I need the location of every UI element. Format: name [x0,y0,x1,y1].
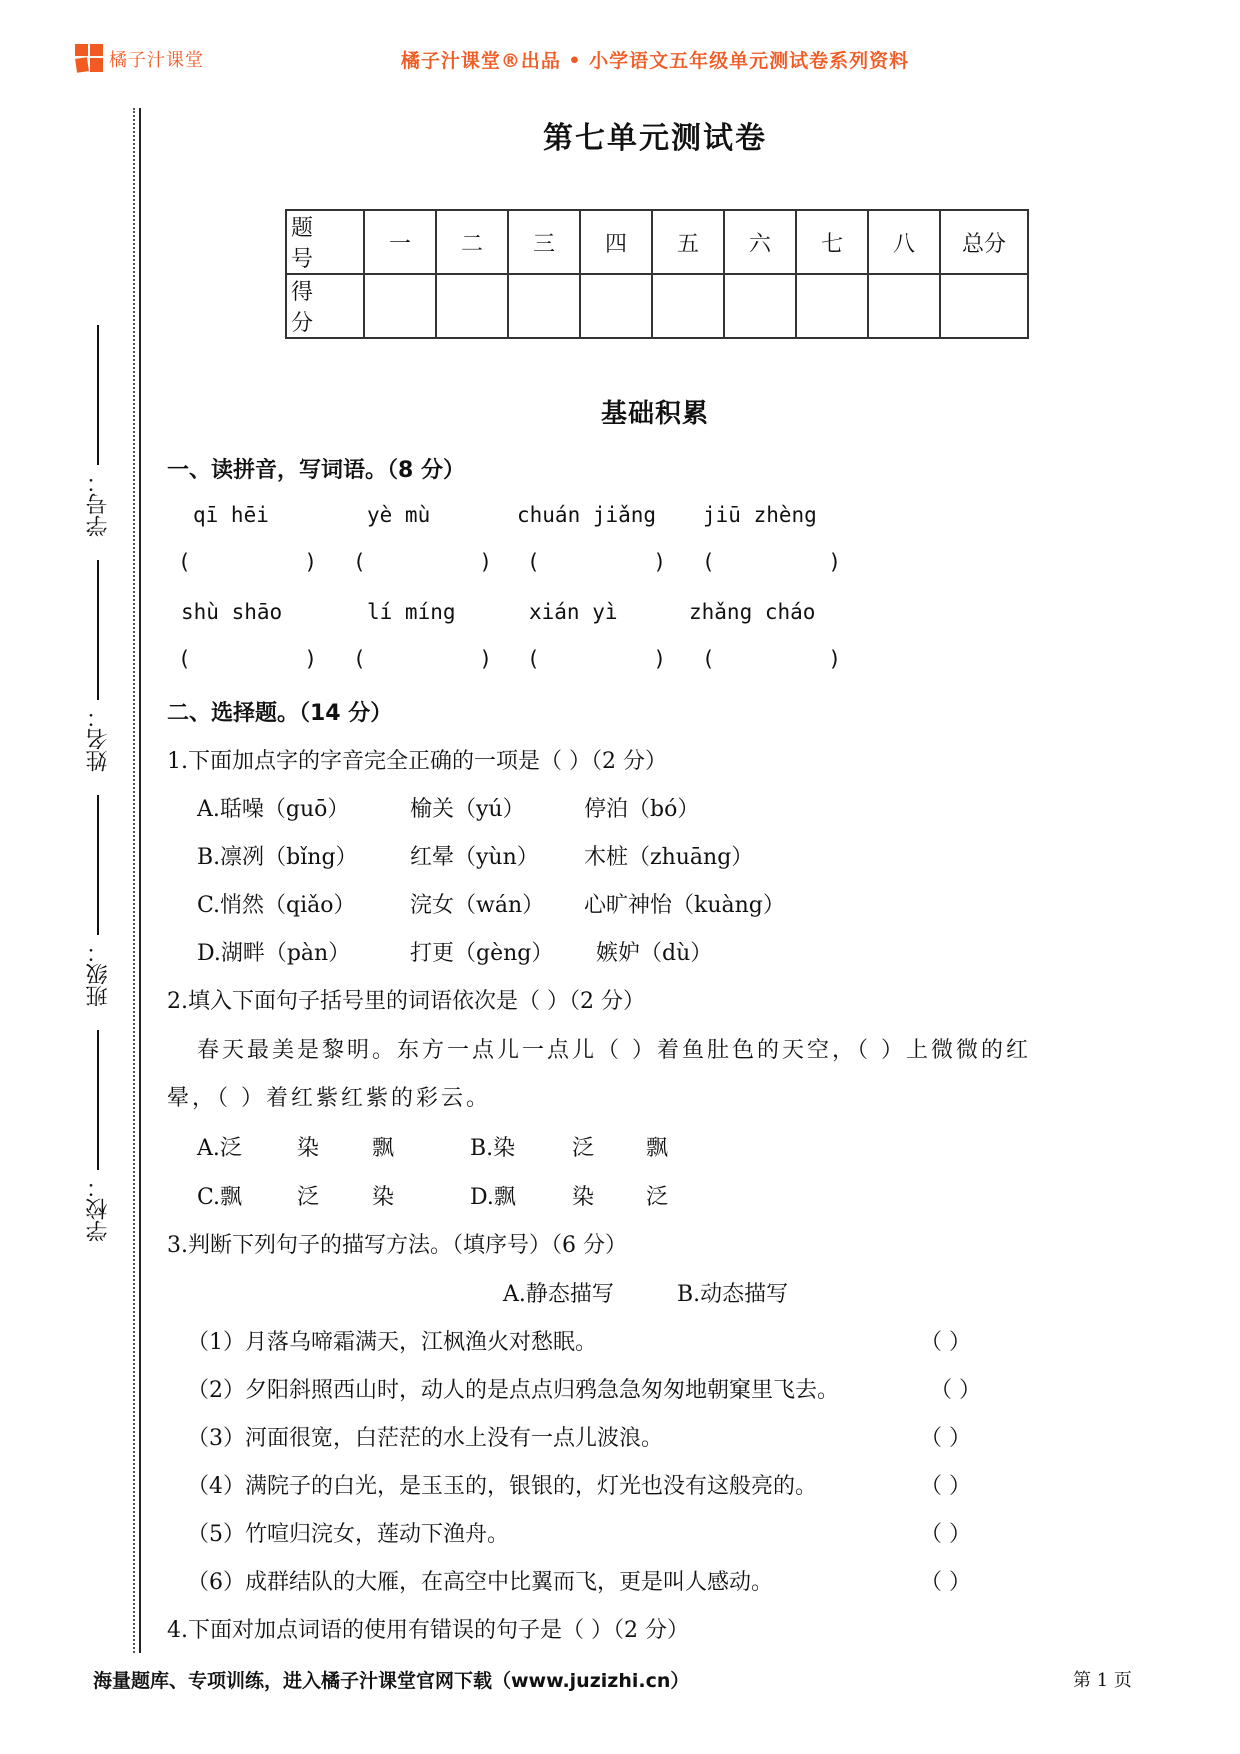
option-b-3: 木桩（zhuāng） [584,840,753,871]
score-cell[interactable] [580,274,652,338]
column-header: 七 [796,210,868,274]
student-id-label: 学号： [83,471,114,537]
option-b[interactable]: B.染 [470,1131,515,1162]
judge-item: （1）月落乌啼霜满天，江枫渔火对愁眠。 [187,1325,597,1356]
option-d-2: 打更（gèng） [410,936,553,967]
row-header: 得 分 [286,274,364,338]
student-id-field[interactable]: 学号： [78,325,118,543]
answer-blank[interactable]: （ ） [920,1469,971,1500]
page-title: 第七单元测试卷 [0,113,1240,157]
school-line[interactable] [97,1030,99,1170]
answer-blank[interactable]: （ ） [920,1421,971,1452]
answer-blank[interactable]: （ ） [920,1517,971,1548]
school-label: 学校： [83,1176,114,1242]
option-c-3: 心旷神怡（kuàng） [584,888,785,919]
page-number: 第 1 页 [1073,1666,1132,1692]
score-cell[interactable] [940,274,1028,338]
class-line[interactable] [97,795,99,935]
score-cell[interactable] [652,274,724,338]
option-b-2: 红晕（yùn） [410,840,539,871]
column-header: 五 [652,210,724,274]
option-b-1[interactable]: B.凛冽（bǐng） [197,840,358,871]
option-word: 泛 [646,1180,668,1211]
column-header: 四 [580,210,652,274]
option-d[interactable]: D.飘 [470,1180,516,1211]
answer-blank[interactable]: ( ) [702,550,841,574]
option-word: 飘 [372,1131,394,1162]
pinyin-item: yè mù [367,503,430,527]
judge-item: （4）满院子的白光，是玉玉的，银银的，灯光也没有这般亮的。 [187,1469,817,1500]
sub-question-3-stem: 3.判断下列句子的描写方法。（填序号）（6 分） [167,1228,627,1259]
passage-line-1: 春天最美是黎明。东方一点儿一点儿（ ）着鱼肚色的天空，（ ）上微微的红 [197,1033,1031,1064]
answer-blank[interactable]: ( ) [353,550,492,574]
school-field[interactable]: 学校： [78,1030,118,1248]
judge-item: （3）河面很宽，白茫茫的水上没有一点儿波浪。 [187,1421,663,1452]
question-2-heading: 二、选择题。（14 分） [167,696,392,727]
score-cell[interactable] [364,274,436,338]
sub-question-4-stem: 4.下面对加点词语的使用有错误的句子是（ ）（2 分） [167,1613,689,1644]
binding-dotted-line [133,108,135,1653]
option-a-3: 停泊（bó） [584,792,699,823]
score-row: 得 分 [286,274,1028,338]
name-field[interactable]: 姓名： [78,560,118,778]
answer-blank[interactable]: ( ) [527,550,666,574]
answer-blank[interactable]: ( ) [702,647,841,671]
sub-question-2-stem: 2.填入下面句子括号里的词语依次是（ ）（2 分） [167,984,645,1015]
option-word: 染 [572,1180,594,1211]
column-header: 二 [436,210,508,274]
passage-line-2: 晕，（ ）着红紫红紫的彩云。 [167,1081,491,1112]
pinyin-item: jiū zhèng [703,503,817,527]
question-number-row: 题 号 一 二 三 四 五 六 七 八 总分 [286,210,1028,274]
pinyin-item: qī hēi [193,503,269,527]
pinyin-item: lí míng [367,600,456,624]
option-d-3: 嫉妒（dù） [596,936,712,967]
option-a-1[interactable]: A.聒噪（guō） [197,792,349,823]
answer-blank[interactable]: ( ) [178,550,317,574]
column-header: 一 [364,210,436,274]
score-cell[interactable] [436,274,508,338]
option-a-2: 榆关（yú） [410,792,525,823]
score-cell[interactable] [796,274,868,338]
name-line[interactable] [97,560,99,700]
option-d-1[interactable]: D.湖畔（pàn） [197,936,350,967]
judge-item: （2）夕阳斜照西山时，动人的是点点归鸦急急匆匆地朝窠里飞去。 [187,1373,839,1404]
question-1-heading: 一、读拼音，写词语。（8 分） [167,453,465,484]
option-c-1[interactable]: C.悄然（qiǎo） [197,888,356,919]
pinyin-item: xián yì [529,600,618,624]
answer-blank[interactable]: ( ) [527,647,666,671]
choice-a: A.静态描写 [503,1277,614,1308]
row-header: 题 号 [286,210,364,274]
option-c-2: 浣女（wán） [410,888,544,919]
header-title: 橘子汁课堂®出品 • 小学语文五年级单元测试卷系列资料 [0,46,1240,73]
class-field[interactable]: 班级： [78,795,118,1013]
column-header: 三 [508,210,580,274]
pinyin-item: zhǎng cháo [689,600,815,624]
judge-item: （6）成群结队的大雁，在高空中比翼而飞，更是叫人感动。 [187,1565,773,1596]
judge-item: （5）竹喧归浣女，莲动下渔舟。 [187,1517,509,1548]
answer-blank[interactable]: ( ) [353,647,492,671]
option-word: 泛 [572,1131,594,1162]
choice-b: B.动态描写 [677,1277,788,1308]
pinyin-item: chuán jiǎng [517,503,656,527]
pinyin-item: shù shāo [181,600,282,624]
answer-blank[interactable]: ( ) [178,647,317,671]
option-a[interactable]: A.泛 [197,1131,242,1162]
option-word: 染 [297,1131,319,1162]
option-c[interactable]: C.飘 [197,1180,242,1211]
option-word: 染 [372,1180,394,1211]
answer-blank[interactable]: （ ） [920,1325,971,1356]
section-heading: 基础积累 [0,393,1240,430]
class-label: 班级： [83,941,114,1007]
answer-blank[interactable]: （ ） [920,1565,971,1596]
column-header: 六 [724,210,796,274]
footer-promo: 海量题库、专项训练，进入橘子汁课堂官网下载（www.juzizhi.cn） [93,1666,689,1693]
score-cell[interactable] [868,274,940,338]
score-cell[interactable] [508,274,580,338]
sub-question-1-stem: 1.下面加点字的字音完全正确的一项是（ ）（2 分） [167,744,667,775]
column-header: 八 [868,210,940,274]
option-word: 飘 [646,1131,668,1162]
answer-blank[interactable]: （ ） [930,1373,981,1404]
score-cell[interactable] [724,274,796,338]
score-table: 题 号 一 二 三 四 五 六 七 八 总分 得 分 [285,209,1029,339]
column-header: 总分 [940,210,1028,274]
binding-solid-line [139,108,141,1653]
option-word: 泛 [297,1180,319,1211]
name-label: 姓名： [83,706,114,772]
